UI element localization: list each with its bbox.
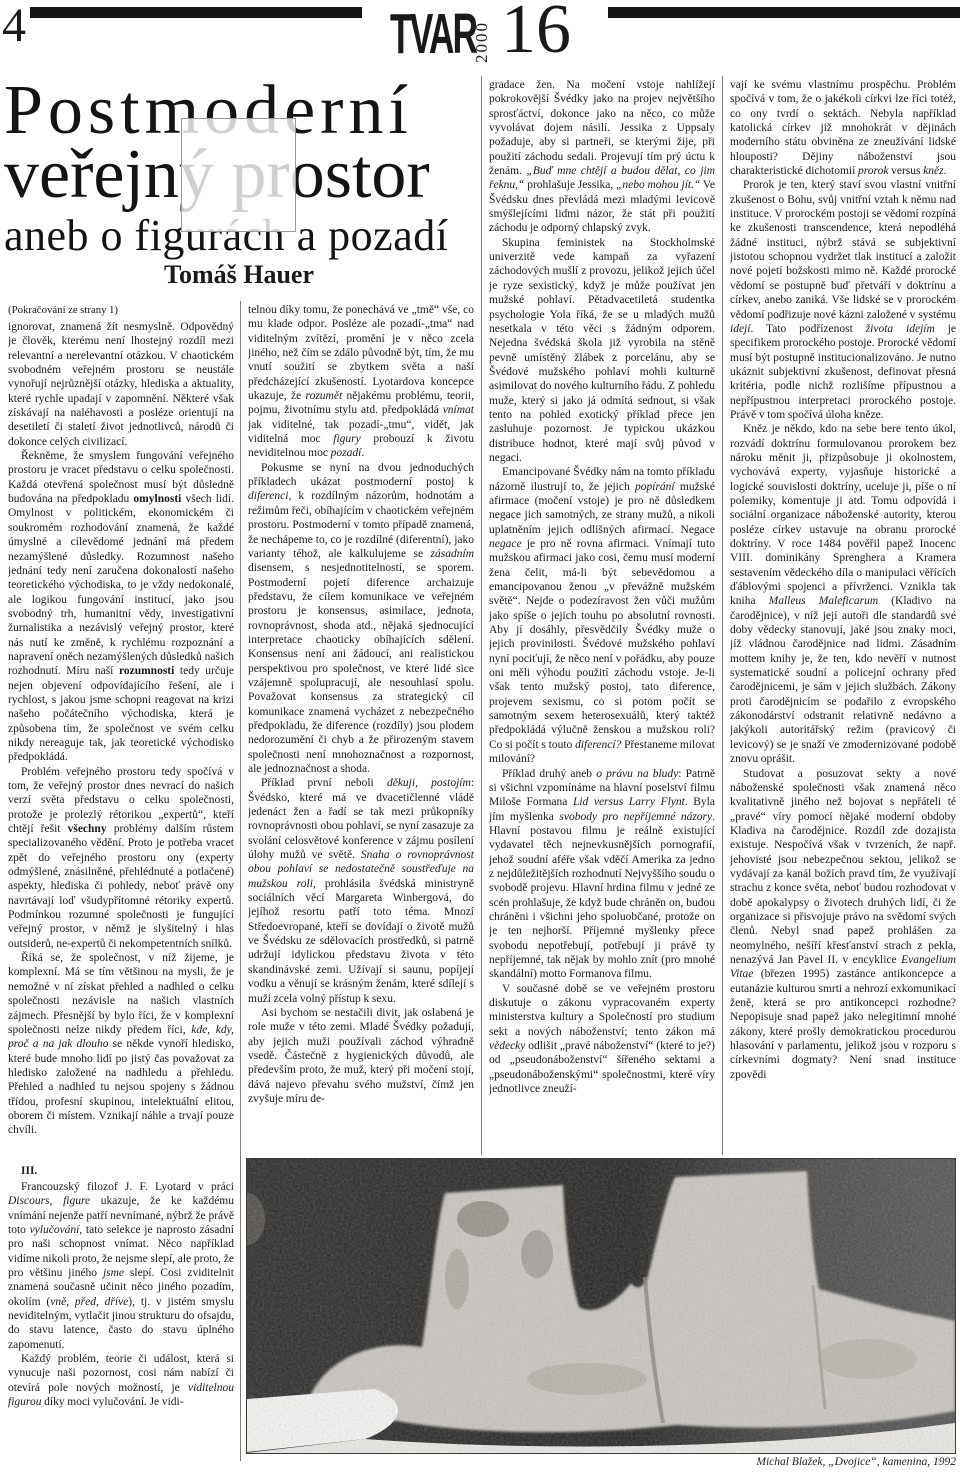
masthead-year: 2000: [472, 5, 498, 63]
text-column-2: telnou díky tomu, že ponechává ve „tmě“ …: [248, 303, 474, 1155]
paragraph: Problém veřejného prostoru tedy spočívá …: [8, 765, 234, 951]
paragraph: gradace žen. Na močení vstoje nahlížejí …: [489, 78, 715, 236]
paragraph: Kněz je někdo, kdo na sebe bere tento úk…: [730, 422, 956, 766]
paragraph: Příklad druhý aneb o právu na bludy: Pat…: [489, 767, 715, 982]
continuation-note: (Pokračování ze strany 1): [8, 303, 234, 318]
text-column-3: gradace žen. Na močení vstoje nahlížejí …: [489, 78, 715, 1155]
paragraph: Francouzský filozof J. F. Lyotard v prác…: [8, 1180, 234, 1352]
masthead-issue-number: 16: [501, 0, 571, 70]
sculpture-photo-image: [247, 1159, 955, 1453]
masthead-logo: TVAR: [390, 1, 476, 67]
paragraph: Říká se, že společnost, v níž žijeme, je…: [8, 951, 234, 1137]
sculpture-photo: [246, 1158, 956, 1454]
masthead-bar-right: [608, 7, 960, 18]
paragraph: vají ke svému vlastnímu prospěchu. Probl…: [730, 78, 956, 178]
paragraph: Studovat a posuzovat sekty a nové nábože…: [730, 767, 956, 1083]
paragraph: Skupina feministek na Stockholmské unive…: [489, 236, 715, 466]
paragraph: Příklad první neboli děkuji, postojím: Š…: [248, 776, 474, 1006]
paragraph: ignorovat, znamená žít nesmyslně. Odpově…: [8, 320, 234, 449]
column-divider: [240, 301, 241, 1461]
masthead-bar-left: [30, 7, 362, 18]
article-author: Tomáš Hauer: [0, 260, 478, 290]
paragraph: Emancipované Švédky nám na tomto příklad…: [489, 465, 715, 766]
text-column-4: vají ke svému vlastnímu prospěchu. Probl…: [730, 78, 956, 1155]
page-number: 4: [2, 0, 26, 53]
paragraph: Asi bychom se nestačili divit, jak oslab…: [248, 1006, 474, 1106]
paragraph: Řekněme, že smyslem fungování veřejného …: [8, 449, 234, 765]
paragraph: Každý problém, teorie či událost, která …: [8, 1352, 234, 1409]
column-divider: [722, 76, 723, 1155]
paragraph: V současné době se ve veřejném prostoru …: [489, 982, 715, 1097]
paragraph: telnou díky tomu, že ponechává ve „tmě“ …: [248, 303, 474, 461]
paragraph: III.: [8, 1164, 234, 1178]
paragraph: Pokusme se nyní na dvou jednoduchých pří…: [248, 461, 474, 777]
column-divider: [481, 76, 482, 1155]
paragraph: Prorok je ten, který staví svou vlastní …: [730, 178, 956, 422]
title-overlay-box: [181, 118, 296, 232]
newspaper-page: 4 TVAR 2000 16 Postmoderní veřejný prost…: [0, 0, 960, 1472]
photo-caption: Michal Blažek, „Dvojice“, kamenina, 1992: [480, 1456, 956, 1468]
text-column-1: (Pokračování ze strany 1) ignorovat, zna…: [8, 303, 234, 1461]
